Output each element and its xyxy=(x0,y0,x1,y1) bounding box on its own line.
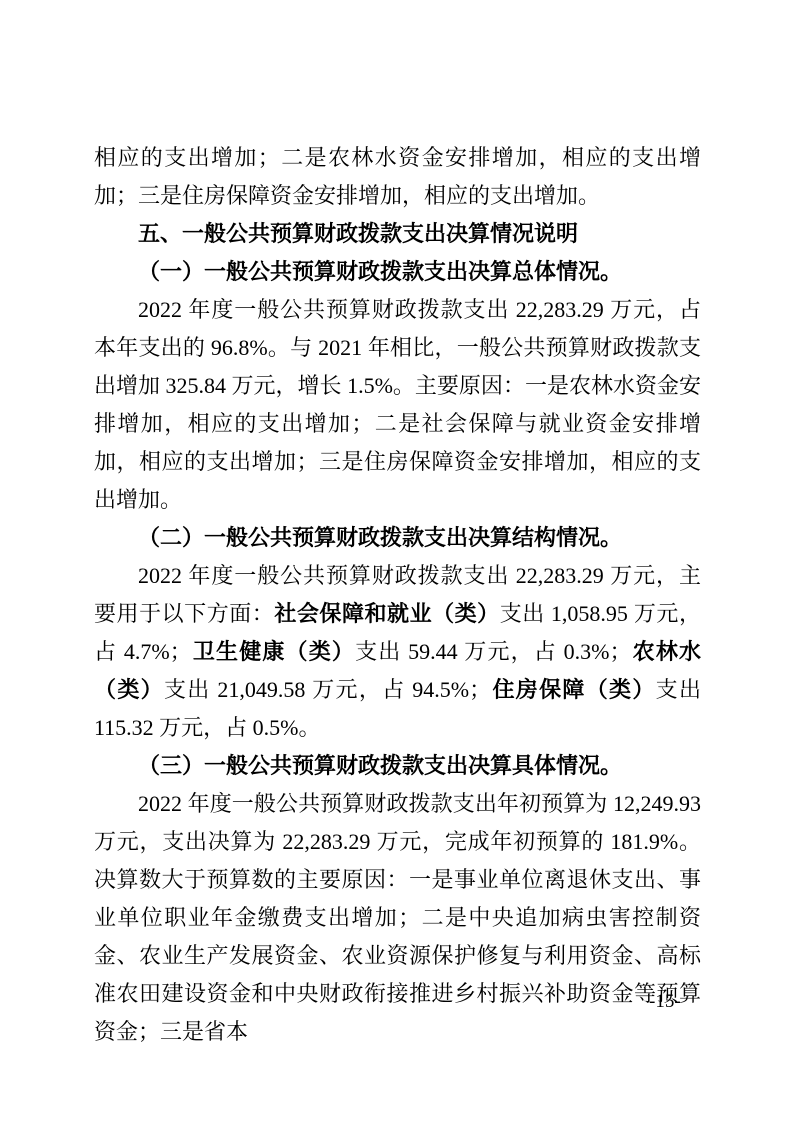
paragraph-specific-situation: 2022 年度一般公共预算财政拨款支出年初预算为 12,249.93 万元，支出… xyxy=(94,785,701,1051)
heading-section-5: 五、一般公共预算财政拨款支出决算情况说明 xyxy=(94,215,701,253)
document-page: 相应的支出增加；二是农林水资金安排增加，相应的支出增加；三是住房保障资金安排增加… xyxy=(0,0,794,1123)
heading-subsection-2: （二）一般公共预算财政拨款支出决算结构情况。 xyxy=(94,519,701,557)
text-run-bold-social-security: 社会保障和就业（类） xyxy=(274,601,499,626)
paragraph-structure-situation: 2022 年度一般公共预算财政拨款支出 22,283.29 万元，主要用于以下方… xyxy=(94,557,701,747)
document-body: 相应的支出增加；二是农林水资金安排增加，相应的支出增加；三是住房保障资金安排增加… xyxy=(94,139,701,1051)
heading-subsection-1: （一）一般公共预算财政拨款支出决算总体情况。 xyxy=(94,253,701,291)
paragraph-continuation: 相应的支出增加；二是农林水资金安排增加，相应的支出增加；三是住房保障资金安排增加… xyxy=(94,139,701,215)
text-run-bold-health: 卫生健康（类） xyxy=(192,639,355,664)
paragraph-overall-situation: 2022 年度一般公共预算财政拨款支出 22,283.29 万元，占本年支出的 … xyxy=(94,291,701,519)
text-run: 支出 21,049.58 万元，占 94.5%； xyxy=(164,677,491,702)
text-run-bold-housing: 住房保障（类） xyxy=(491,677,656,702)
page-number: -15- xyxy=(649,991,681,1013)
heading-subsection-3: （三）一般公共预算财政拨款支出决算具体情况。 xyxy=(94,747,701,785)
text-run: 支出 59.44 万元，占 0.3%； xyxy=(355,639,631,664)
